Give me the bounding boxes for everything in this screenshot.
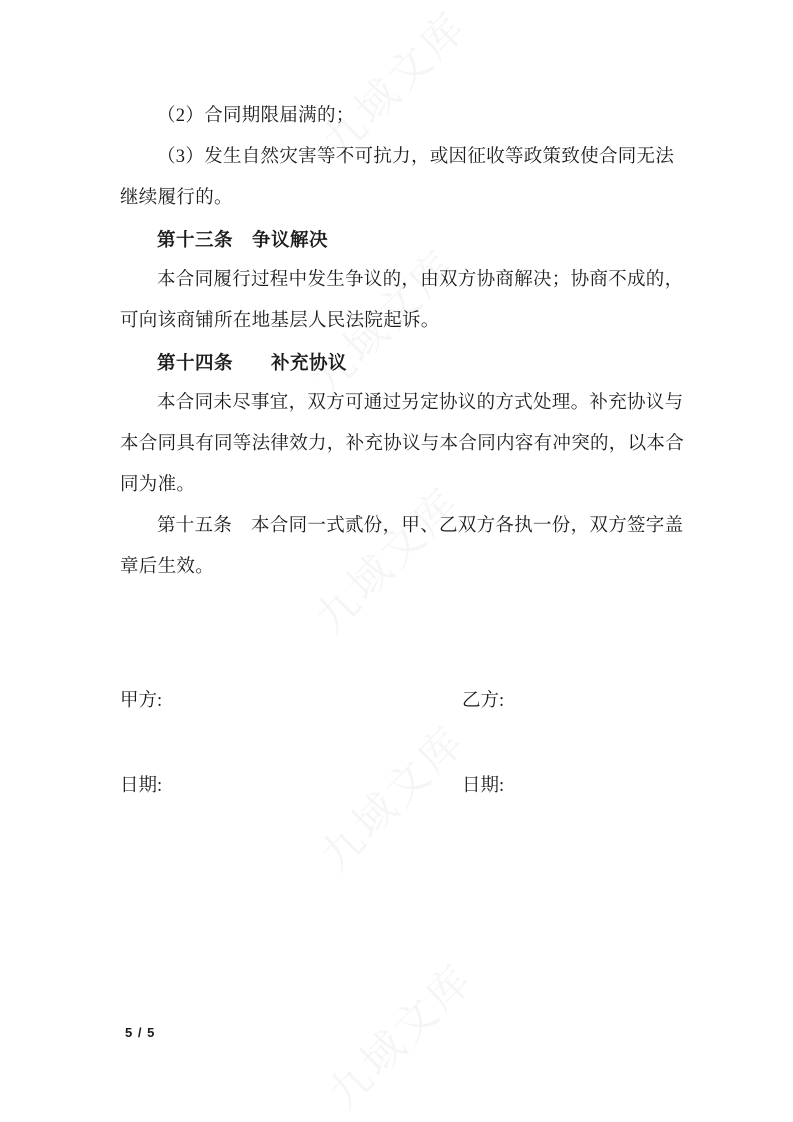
party-a-label: 甲方:: [120, 688, 162, 714]
contract-body-text: （2）合同期限届满的；（3）发生自然灾害等不可抗力，或因征收等政策致使合同无法继…: [120, 96, 682, 588]
clause-heading: 第十四条 补充协议: [120, 342, 682, 383]
clause-text-line: 可向该商铺所在地基层人民法院起诉。: [120, 301, 682, 342]
clause-text-line: 继续履行的。: [120, 178, 682, 219]
clause-heading: 第十三条 争议解决: [120, 219, 682, 260]
clause-text-line: 本合同履行过程中发生争议的，由双方协商解决；协商不成的，: [120, 260, 682, 301]
party-b-label: 乙方:: [462, 688, 504, 714]
signature-date-row: 日期: 日期:: [120, 773, 682, 799]
contract-page: 九域文库九域文库九域文库九域文库九域文库 （2）合同期限届满的；（3）发生自然灾…: [0, 0, 793, 1122]
signature-party-row: 甲方: 乙方:: [120, 688, 682, 714]
date-b-label: 日期:: [462, 773, 504, 799]
clause-text-line: 本合同未尽事宜，双方可通过另定协议的方式处理。补充协议与: [120, 383, 682, 424]
clause-text-line: 第十五条 本合同一式贰份，甲、乙双方各执一份，双方签字盖: [120, 506, 682, 547]
clause-text-line: （2）合同期限届满的；: [120, 96, 682, 137]
page-number: 5 / 5: [125, 1025, 155, 1040]
date-a-label: 日期:: [120, 773, 162, 799]
clause-text-line: 本合同具有同等法律效力，补充协议与本合同内容有冲突的，以本合: [120, 424, 682, 465]
watermark-text: 九域文库: [313, 948, 486, 1121]
clause-text-line: 同为准。: [120, 465, 682, 506]
clause-text-line: （3）发生自然灾害等不可抗力，或因征收等政策致使合同无法: [120, 137, 682, 178]
clause-text-line: 章后生效。: [120, 547, 682, 588]
